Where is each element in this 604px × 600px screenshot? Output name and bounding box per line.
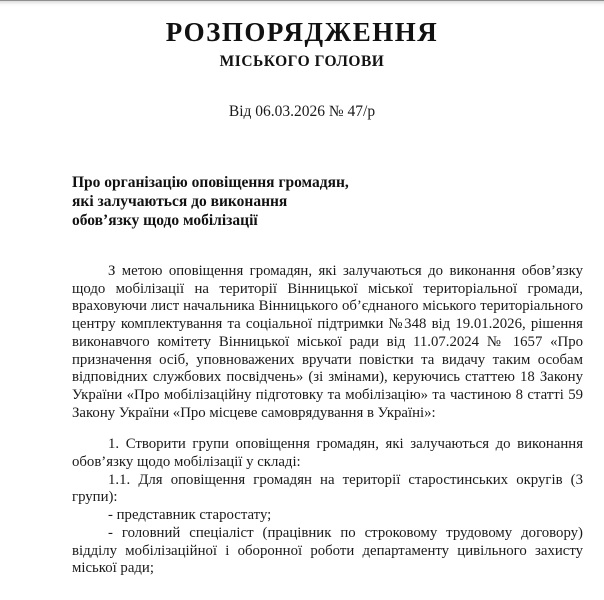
document-body: З метою оповіщення громадян, які залучаю… xyxy=(0,263,604,578)
paragraph-item-1: 1. Створити групи оповіщення громадян, я… xyxy=(72,436,583,471)
document-date-number: Від 06.03.2026 № 47/р xyxy=(0,102,604,121)
document-page: РОЗПОРЯДЖЕННЯ МІСЬКОГО ГОЛОВИ Від 06.03.… xyxy=(0,0,604,600)
document-subject: Про організацію оповіщення громадян, які… xyxy=(0,173,604,230)
paragraph-list-dash-2: - головний спеціаліст (працівник по стро… xyxy=(72,525,583,578)
subject-line: обов’язку щодо мобілізації xyxy=(72,211,604,230)
paragraph-preamble: З метою оповіщення громадян, які залучаю… xyxy=(72,263,583,422)
document-title: РОЗПОРЯДЖЕННЯ xyxy=(0,16,604,48)
subject-line: які залучаються до виконання xyxy=(72,192,604,211)
subject-line: Про організацію оповіщення громадян, xyxy=(72,173,604,192)
paragraph-item-1-1: 1.1. Для оповіщення громадян на територі… xyxy=(72,472,583,507)
page-top-edge-divider xyxy=(0,0,604,7)
document-subtitle: МІСЬКОГО ГОЛОВИ xyxy=(0,52,604,71)
paragraph-list-dash-1: - представник старостату; xyxy=(72,507,583,525)
